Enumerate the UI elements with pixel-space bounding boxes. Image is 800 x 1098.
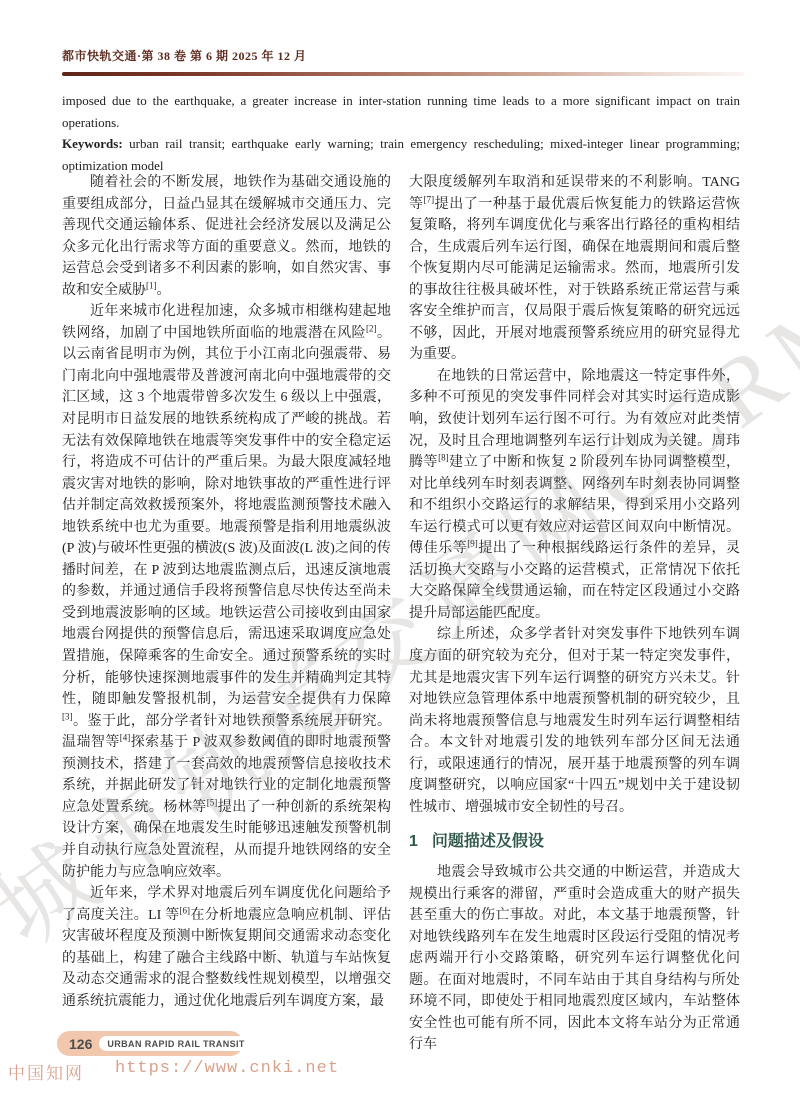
journal-page: 城市轨道交通网CCRM 都市快轨交通·第 38 卷 第 6 期 2025 年 1… — [0, 0, 800, 1098]
section-title: 问题描述及假设 — [432, 833, 544, 850]
section-number: 1 — [409, 833, 418, 850]
keywords-line: Keywords: urban rail transit; earthquake… — [62, 133, 740, 176]
cnki-watermark-row: 中国知网 https://www.cnki.net — [8, 1056, 788, 1086]
paragraph-daily-operation: 在地铁的日常运营中，除地震这一特定事件外，多种不可预见的突发事件同样会对其实时运… — [409, 366, 740, 625]
journal-header-line: 都市快轨交通·第 38 卷 第 6 期 2025 年 12 月 — [62, 47, 307, 64]
cnki-url-text: https://www.cnki.net — [115, 1059, 339, 1078]
keywords-label: Keywords: — [62, 136, 123, 151]
keywords-text: urban rail transit; earthquake early war… — [62, 136, 740, 173]
page-footer-badge: 126 URBAN RAPID RAIL TRANSIT — [57, 1031, 243, 1056]
abstract-block: imposed due to the earthquake, a greater… — [62, 90, 740, 176]
cnki-logo-text: 中国知网 — [8, 1059, 84, 1084]
paragraph-summary: 综上所述，众多学者针对突发事件下地铁列车调度方面的研究较为充分，但对于某一特定突… — [409, 624, 740, 818]
paragraph-earthquake-warning-review: 近年来城市化进程加速，众多城市相继构建起地铁网络，加剧了中国地铁所面临的地震潜在… — [62, 301, 391, 883]
paragraph-rescheduling-review-start: 近年来，学术界对地震后列车调度优化问题给予了高度关注。LI 等[6]在分析地震应… — [62, 883, 391, 1012]
abstract-continuation-text: imposed due to the earthquake, a greater… — [62, 90, 740, 133]
right-column: 大限度缓解列车取消和延误带来的不利影响。TANG 等[7]提出了一种基于最优震后… — [409, 172, 740, 1056]
paragraph-intro: 随着社会的不断发展，地铁作为基础交通设施的重要组成部分，日益凸显其在缓解城市交通… — [62, 172, 391, 301]
page-number: 126 — [69, 1036, 92, 1052]
paragraph-rescheduling-review-cont: 大限度缓解列车取消和延误带来的不利影响。TANG 等[7]提出了一种基于最优震后… — [409, 172, 740, 366]
header-divider-rule — [62, 72, 744, 76]
left-column: 随着社会的不断发展，地铁作为基础交通设施的重要组成部分，日益凸显其在缓解城市交通… — [62, 172, 391, 1012]
journal-english-name: URBAN RAPID RAIL TRANSIT — [99, 1036, 252, 1051]
section-heading: 1问题描述及假设 — [409, 831, 740, 853]
paragraph-problem-description: 地震会导致城市公共交通的中断运营，并造成大规模出行乘客的滞留，严重时会造成重大的… — [409, 862, 740, 1056]
